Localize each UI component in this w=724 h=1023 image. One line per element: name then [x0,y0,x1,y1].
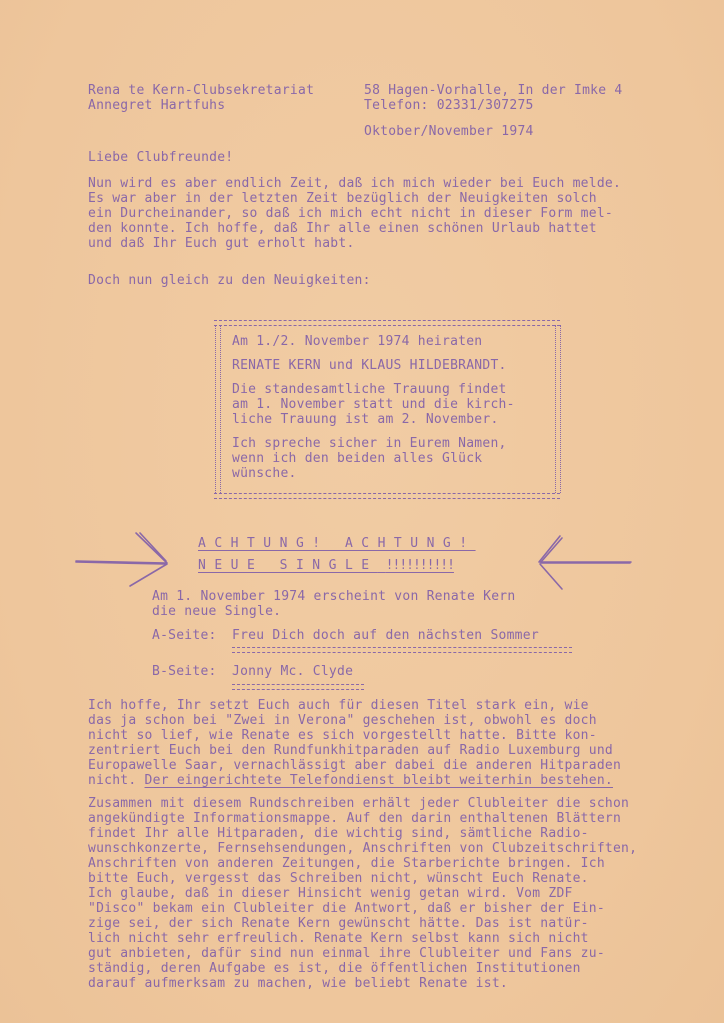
text-line: findet Ihr alle Hitparaden, die wichtig … [88,826,589,841]
text-line: darauf aufmerksam zu machen, wie beliebt… [88,976,508,991]
a-side-title: Freu Dich doch auf den nächsten Sommer [232,628,539,643]
text-line: zige sei, der sich Renate Kern gewünscht… [88,916,589,931]
release-line: die neue Single. [152,604,281,619]
b-side-underline [232,684,364,690]
text-line: ständig, deren Aufgabe es ist, die öffen… [88,961,581,976]
text-line: Ich glaube, daß in dieser Hinsicht wenig… [88,886,573,901]
neue-single-heading: NEUE SINGLE !!!!!!!!!! [198,558,454,573]
b-side-title: Jonny Mc. Clyde [232,664,353,679]
text-line: wunschkonzerte, Fernsehsendungen, Anschr… [88,841,637,856]
text-line: das ja schon bei "Zwei in Verona" gesche… [88,713,597,728]
release-line: Am 1. November 1974 erscheint von Renate… [152,589,515,604]
b-side-label: B-Seite: [152,664,217,679]
a-side-label: A-Seite: [152,628,217,643]
text-line: "Disco" bekam ein Clubleiter die Antwort… [88,901,605,916]
exclamations: !!!!!!!!!! [386,558,454,573]
neue-single-text: NEUE SINGLE [198,558,378,573]
text-plain: nicht. [88,773,145,788]
text-line: nicht. Der eingerichtete Telefondienst b… [88,773,613,788]
a-side-underline [232,647,572,653]
text-line: bitte Euch, vergesst das Schreiben nicht… [88,871,589,886]
text-line: Ich hoffe, Ihr setzt Euch auch für diese… [88,698,589,713]
text-line: Europawelle Saar, vernachlässigt aber da… [88,758,621,773]
text-line: gut anbieten, dafür sind nun einmal ihre… [88,946,605,961]
text-line: nicht so lief, wie Renate es sich vorges… [88,728,597,743]
text-line: Zusammen mit diesem Rundschreiben erhält… [88,796,629,811]
telefondienst-underlined: Der eingerichtete Telefondienst bleibt w… [145,773,613,788]
text-line: angekündigte Informationsmappe. Auf den … [88,811,621,826]
text-line: zentriert Euch bei den Rundfunkhitparade… [88,743,613,758]
achtung-heading: ACHTUNG! ACHTUNG! [198,536,476,551]
text-line: lich nicht sehr erfreulich. Renate Kern … [88,931,589,946]
text-line: Anschriften von anderen Zeitungen, die S… [88,856,605,871]
